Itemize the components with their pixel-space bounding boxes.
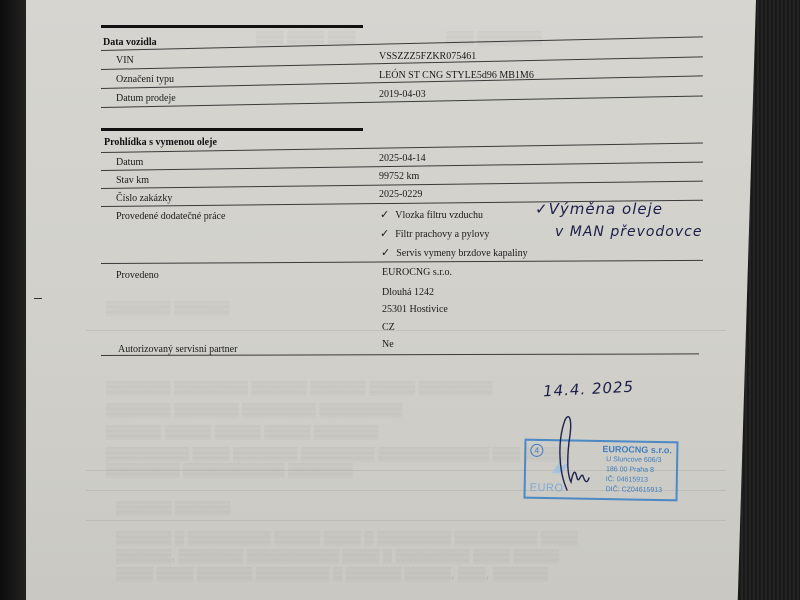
signature bbox=[555, 412, 595, 492]
extra-work-item-text: Vlozka filtru vzduchu bbox=[395, 210, 483, 221]
field-value-mileage: 99752 km bbox=[379, 171, 419, 182]
extra-work-item: ✓Filtr prachovy a pylovy bbox=[380, 227, 489, 240]
section-title-inspection: Prohlídka s vymenou oleje bbox=[104, 137, 217, 148]
field-label-type: Označení typu bbox=[116, 74, 174, 85]
stamp-company: EUROCNG s.r.o. bbox=[602, 444, 672, 455]
field-label-vin: VIN bbox=[116, 55, 134, 66]
handwritten-note: ✓Výměna oleje bbox=[535, 200, 663, 218]
address-line: EUROCNG s.r.o. bbox=[382, 267, 452, 278]
section-divider bbox=[101, 25, 363, 28]
extra-work-item-text: Servis vymeny brzdove kapaliny bbox=[396, 248, 527, 259]
margin-mark bbox=[34, 298, 42, 299]
checkmark-icon: ✓ bbox=[380, 209, 389, 221]
stamp-number: 4 bbox=[530, 444, 543, 457]
field-label-date: Datum bbox=[116, 157, 143, 168]
field-value-date: 2025-04-14 bbox=[379, 153, 426, 164]
handwritten-note: v MAN převodovce bbox=[555, 224, 702, 240]
section-divider bbox=[101, 128, 363, 131]
stamp-line: U Sluncove 606/3 bbox=[606, 456, 661, 464]
field-label-authorized-partner: Autorizovaný servisní partner bbox=[118, 344, 237, 355]
stamp-line: IČ: 04615913 bbox=[606, 476, 648, 484]
company-stamp: 4 EURO EUROCNG s.r.o. U Sluncove 606/3 1… bbox=[523, 439, 678, 502]
field-value-order-number: 2025-0229 bbox=[379, 189, 422, 200]
section-title-vehicle-data: Data vozidla bbox=[103, 37, 157, 48]
address-line: 25301 Hostivice bbox=[382, 304, 448, 315]
field-label-sale-date: Datum prodeje bbox=[116, 93, 176, 104]
checkmark-icon: ✓ bbox=[380, 228, 389, 240]
field-label-order-number: Číslo zakázky bbox=[116, 193, 172, 204]
extra-work-item: ✓Vlozka filtru vzduchu bbox=[380, 208, 483, 221]
extra-work-item-text: Filtr prachovy a pylovy bbox=[395, 229, 489, 240]
stamp-line: 186 00 Praha 8 bbox=[606, 466, 654, 474]
extra-work-item: ✓Servis vymeny brzdove kapaliny bbox=[381, 246, 528, 259]
field-label-extra-work: Provedené dodatečné práce bbox=[116, 211, 225, 222]
field-label-performed-by: Provedeno bbox=[116, 270, 159, 281]
address-line: Dlouhá 1242 bbox=[382, 287, 434, 298]
field-value-sale-date: 2019-04-03 bbox=[379, 89, 426, 100]
dark-background-left bbox=[0, 0, 26, 600]
field-value-authorized-partner: Ne bbox=[382, 339, 394, 350]
field-label-mileage: Stav km bbox=[116, 175, 149, 186]
stamp-line: DIČ: CZ04615913 bbox=[606, 486, 663, 494]
field-value-vin: VSSZZZ5FZKR075461 bbox=[379, 51, 476, 62]
address-line: CZ bbox=[382, 322, 395, 333]
checkmark-icon: ✓ bbox=[381, 247, 390, 259]
